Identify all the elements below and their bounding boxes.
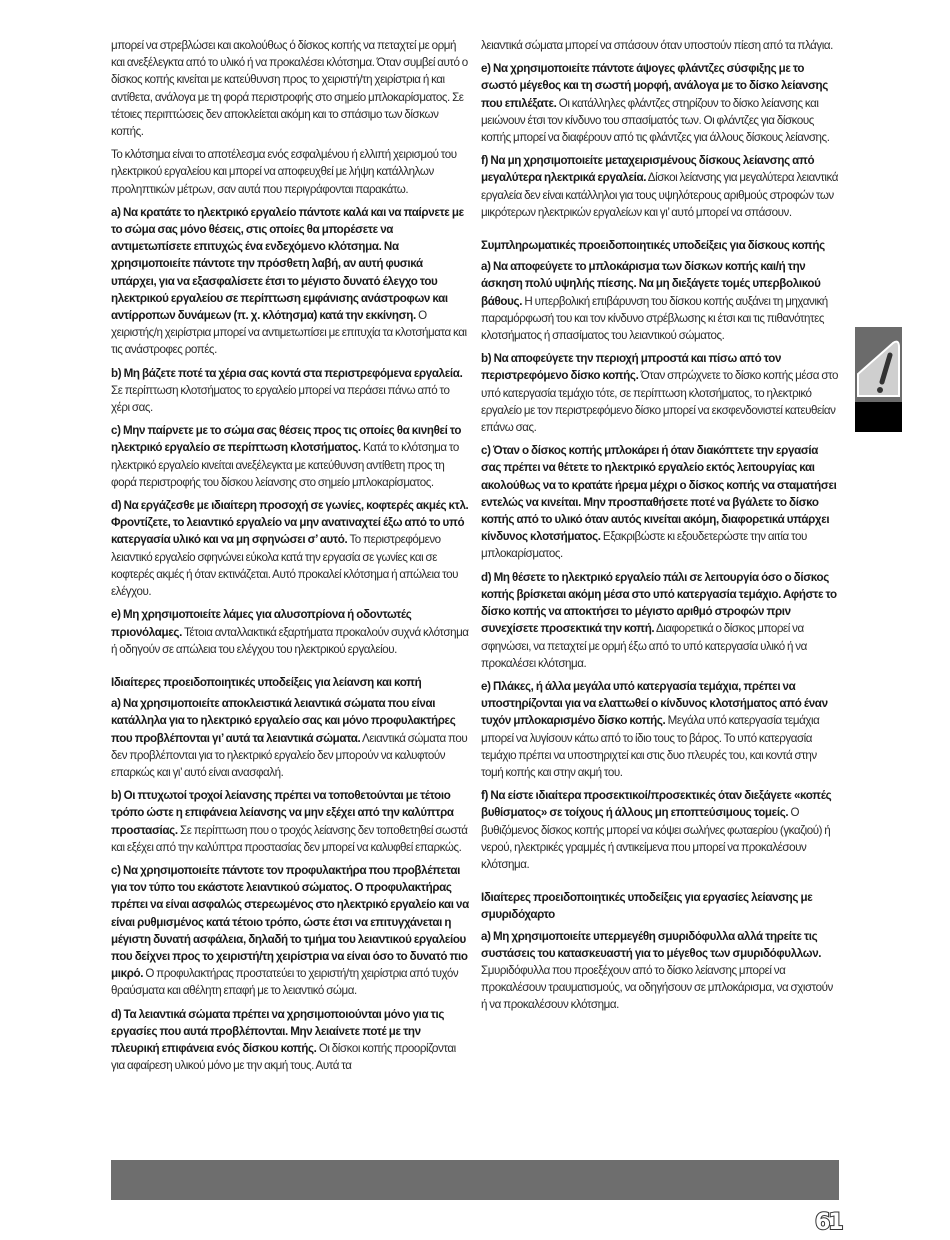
instruction-item: a) Να αποφεύγετε το μπλοκάρισμα των δίσκ… [481, 258, 839, 344]
instruction-item: b) Να αποφεύγετε την περιοχή μπροστά και… [481, 350, 839, 436]
item-lead: a) Μη χρησιμοποιείτε υπερμεγέθη σμυριδόφ… [481, 930, 821, 960]
footer-bar [111, 1160, 839, 1200]
item-body: Η υπερβολική επιβάρυνση του δίσκου κοπής… [481, 295, 828, 342]
instruction-item: a) Να κρατάτε το ηλεκτρικό εργαλείο πάντ… [111, 204, 469, 359]
instruction-item: b) Οι πτυχωτοί τροχοί λείανσης πρέπει να… [111, 787, 469, 856]
item-lead: a) Να κρατάτε το ηλεκτρικό εργαλείο πάντ… [111, 206, 464, 322]
item-body: Σμυριδόφυλλα που προεξέχουν από το δίσκο… [481, 964, 833, 1011]
intro-paragraph: Το κλότσημα είναι το αποτέλεσμα ενός εσφ… [111, 146, 469, 198]
instruction-item: e) Πλάκες, ή άλλα μεγάλα υπό κατεργασία … [481, 678, 839, 781]
instruction-item: c) Μην παίρνετε με το σώμα σας θέσεις πρ… [111, 422, 469, 491]
instruction-item: a) Μη χρησιμοποιείτε υπερμεγέθη σμυριδόφ… [481, 928, 839, 1014]
instruction-item: c) Να χρησιμοποιείτε πάντοτε τον προφυλα… [111, 862, 469, 1000]
warning-triangle-icon [855, 327, 902, 402]
instruction-item: e) Να χρησιμοποιείτε πάντοτε άψογες φλάν… [481, 60, 839, 146]
section-heading: Συμπληρωματικές προειδοποιητικές υποδείξ… [481, 237, 839, 254]
section-heading: Ιδιαίτερες προειδοποιητικές υποδείξεις γ… [111, 674, 469, 691]
instruction-item: f) Να είστε ιδιαίτερα προσεκτικοί/προσεκ… [481, 787, 839, 873]
continuation-paragraph: λειαντικά σώματα μπορεί να σπάσουν όταν … [481, 37, 839, 54]
safety-section-tab [855, 327, 902, 432]
instruction-item: e) Μη χρησιμοποιείτε λάμες για αλυσοπρίο… [111, 606, 469, 658]
item-lead: b) Μη βάζετε ποτέ τα χέρια σας κοντά στα… [111, 367, 462, 380]
instruction-item: f) Να μη χρησιμοποιείτε μεταχειρισμένους… [481, 152, 839, 221]
item-lead: f) Να είστε ιδιαίτερα προσεκτικοί/προσεκ… [481, 789, 831, 819]
instruction-item: c) Όταν ο δίσκος κοπής μπλοκάρει ή όταν … [481, 442, 839, 562]
item-lead: c) Όταν ο δίσκος κοπής μπλοκάρει ή όταν … [481, 444, 837, 543]
page-number: 61 [815, 1211, 842, 1235]
instruction-item: b) Μη βάζετε ποτέ τα χέρια σας κοντά στα… [111, 365, 469, 417]
item-body: Ο προφυλακτήρας προστατεύει το χειριστή/… [111, 967, 458, 997]
instruction-item: a) Να χρησιμοποιείτε αποκλειστικά λειαντ… [111, 695, 469, 781]
instruction-item: d) Μη θέσετε το ηλεκτρικό εργαλείο πάλι … [481, 569, 839, 672]
left-column: μπορεί να στρεβλώσει και ακολούθως ό δίσ… [111, 37, 469, 1080]
section-heading: Ιδιαίτερες προειδοποιητικές υποδείξεις γ… [481, 889, 839, 923]
instruction-item: d) Να εργάζεσθε με ιδιαίτερη προσοχή σε … [111, 497, 469, 600]
item-lead: c) Να χρησιμοποιείτε πάντοτε τον προφυλα… [111, 864, 469, 980]
right-column: λειαντικά σώματα μπορεί να σπάσουν όταν … [481, 37, 839, 1020]
tab-icon-area [855, 327, 902, 402]
intro-paragraph: μπορεί να στρεβλώσει και ακολούθως ό δίσ… [111, 37, 469, 140]
item-body: Σε περίπτωση κλοτσήματος το εργαλείο μπο… [111, 384, 450, 414]
instruction-item: d) Τα λειαντικά σώματα πρέπει να χρησιμο… [111, 1006, 469, 1075]
